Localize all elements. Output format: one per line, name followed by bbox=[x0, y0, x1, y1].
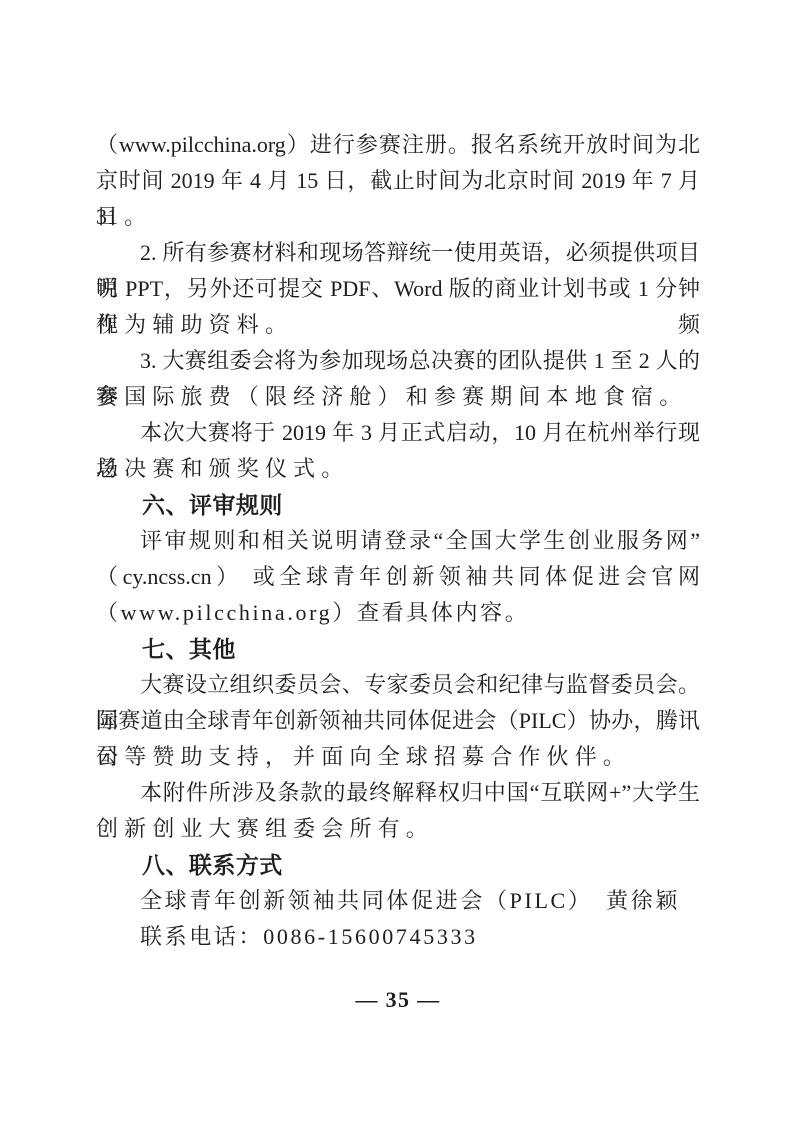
text-line: （www.pilcchina.org）查看具体内容。 bbox=[96, 595, 700, 631]
text-line: 3. 大赛组委会将为参加现场总决赛的团队提供 1 至 2 人的参 bbox=[96, 343, 700, 379]
text-line: 京时间 2019 年 4 月 15 日，截止时间为北京时间 2019 年 7 月… bbox=[96, 163, 700, 199]
text-line: 本附件所涉及条款的最终解释权归中国“互联网+”大学生 bbox=[96, 775, 700, 811]
heading-section-eight: 八、联系方式 bbox=[96, 847, 700, 883]
contact-phone-line: 联系电话：0086-15600745333 bbox=[96, 919, 700, 955]
text-line: （www.pilcchina.org）进行参赛注册。报名系统开放时间为北 bbox=[96, 127, 700, 163]
page-body: （www.pilcchina.org）进行参赛注册。报名系统开放时间为北 京时间… bbox=[96, 127, 700, 955]
heading-section-seven: 七、其他 bbox=[96, 631, 700, 667]
document-page: （www.pilcchina.org）进行参赛注册。报名系统开放时间为北 京时间… bbox=[0, 0, 793, 1122]
text-line: 司等赞助支持，并面向全球招募合作伙伴。 bbox=[96, 739, 700, 775]
heading-section-six: 六、评审规则 bbox=[96, 487, 700, 523]
text-line: 赛国际旅费（限经济舱）和参赛期间本地食宿。 bbox=[96, 379, 700, 415]
page-number: — 35 — bbox=[96, 984, 700, 1016]
text-line: 评审规则和相关说明请登录“全国大学生创业服务网” bbox=[96, 523, 700, 559]
text-line: （cy.ncss.cn） 或全球青年创新领袖共同体促进会官网 bbox=[96, 559, 700, 595]
text-line: 总决赛和颁奖仪式。 bbox=[96, 451, 700, 487]
text-line: 创新创业大赛组委会所有。 bbox=[96, 811, 700, 847]
text-line: 明 PPT，另外还可提交 PDF、Word 版的商业计划书或 1 分钟视频 bbox=[96, 271, 700, 307]
text-line: 日。 bbox=[96, 199, 700, 235]
contact-organization-line: 全球青年创新领袖共同体促进会（PILC） 黄徐颖 bbox=[96, 883, 700, 919]
text-line: 本次大赛将于 2019 年 3 月正式启动，10 月在杭州举行现场 bbox=[96, 415, 700, 451]
text-line: 际赛道由全球青年创新领袖共同体促进会（PILC）协办，腾讯公 bbox=[96, 703, 700, 739]
text-line: 大赛设立组织委员会、专家委员会和纪律与监督委员会。国 bbox=[96, 667, 700, 703]
text-line: 2. 所有参赛材料和现场答辩统一使用英语，必须提供项目说 bbox=[96, 235, 700, 271]
